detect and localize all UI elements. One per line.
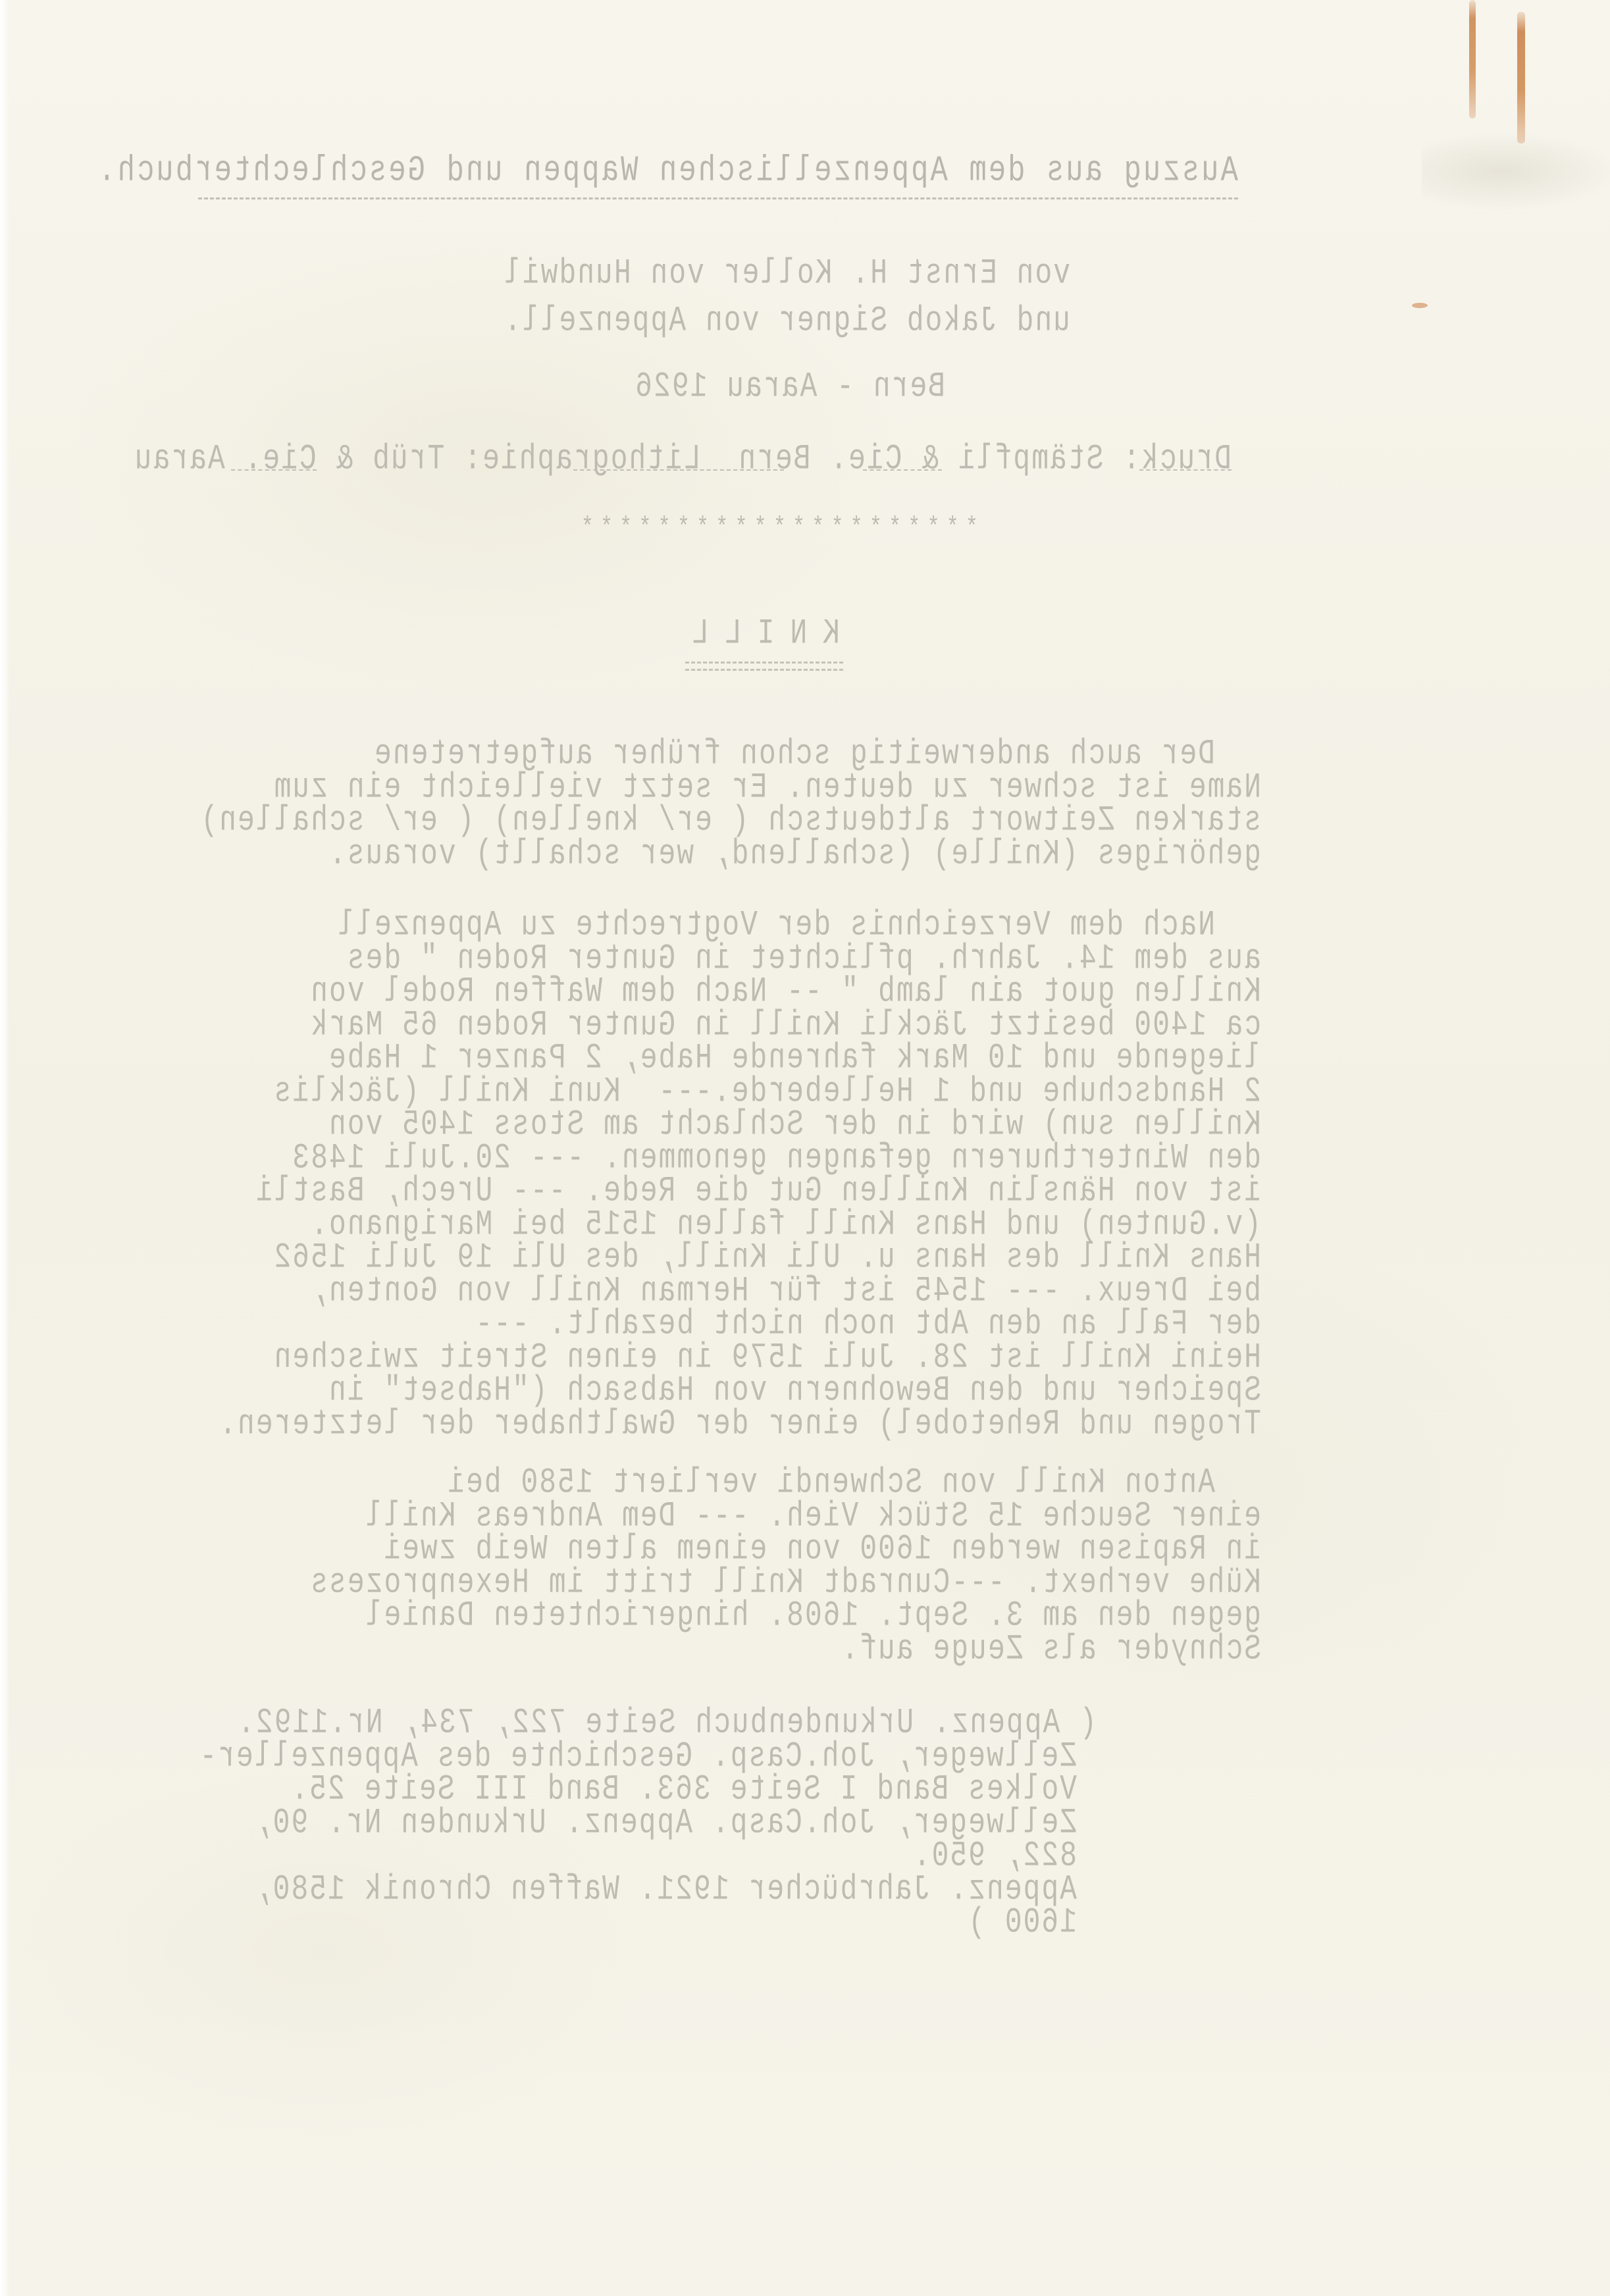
paragraph-1-line: Name ist schwer zu deuten. Er setzt viel… (273, 770, 1261, 805)
paragraph-2-line: Knillen sun) wird in der Schlacht am Sto… (328, 1107, 1261, 1142)
paragraph-2-line: den Winterthurern gefangen genommen. ---… (291, 1140, 1261, 1176)
section-heading: KNILL (676, 615, 840, 651)
paragraph-4-line: 1600 ) (967, 1904, 1077, 1940)
paragraph-3-line: in Rapisen werden 1600 von einem alten W… (382, 1531, 1261, 1567)
paragraph-3-line: gegen den am 3. Sept. 1608. hingerichtet… (365, 1598, 1261, 1633)
underline-aarau (231, 469, 317, 471)
paragraph-1-line: gehöriges (Knille) (schallend, wer schal… (328, 836, 1261, 872)
author-line-1: von Ernst H. Koller von Hundwil (503, 255, 1070, 291)
paragraph-1-line: starken Zeitwort altdeutsch ( er/ knelle… (199, 802, 1261, 838)
paragraph-2-line: Heini Knill ist 28. Juli 1579 in einen S… (273, 1340, 1261, 1375)
paragraph-3-line: Schnyder als Zeuge auf. (841, 1631, 1262, 1667)
paragraph-4-line: Volkes Band I Seite 363. Band III Seite … (290, 1771, 1077, 1807)
paragraph-2-line: ist von Hänslin Knillen Gut die Rede. --… (255, 1173, 1261, 1209)
paragraph-1-line: Der auch anderweitig schon früher aufget… (373, 736, 1215, 771)
printer-line: Druck: Stämpfli & Cie. Bern Lithographie… (134, 441, 1232, 477)
mirrored-document-sheet: Auszug aus dem Appenzellischen Wappen un… (0, 0, 1610, 2296)
document-title: Auszug aus dem Appenzellischen Wappen un… (96, 153, 1238, 189)
paragraph-4-line: Zellweger, Joh.Casp. Appenz. Urkunden Nr… (253, 1805, 1077, 1840)
paragraph-3-line: einer Seuche 15 Stück Vieh. --- Dem Andr… (365, 1498, 1261, 1534)
underline-druck (1139, 469, 1232, 471)
paragraph-4-line: Appenz. Jahrbücher 1921. Waffen Chronik … (253, 1871, 1077, 1907)
paragraph-2-line: Knillen guot ain lamb " -- Nach dem Waff… (309, 974, 1261, 1009)
separator-stars: ********************* (575, 515, 978, 541)
heading-double-underline (685, 662, 843, 671)
author-line-2: und Jakob Signer von Appenzell. (503, 303, 1070, 338)
paragraph-3-line: Anton Knill von Schwendi verliert 1580 b… (446, 1465, 1215, 1500)
paragraph-4-line: Zellweger, Joh.Casp. Geschichte des Appe… (198, 1738, 1077, 1774)
paragraph-2-line: Speicher und den Bewohnern von Habsach (… (328, 1372, 1261, 1408)
paragraph-2-line: Hans Knill des Hans u. Uli Knill, des Ul… (273, 1239, 1261, 1275)
paragraph-2-line: bei Dreux. --- 1545 ist für Herman Knill… (309, 1273, 1261, 1309)
paragraph-2-line: aus dem 14. Jahrh. pflichtet in Gunter R… (346, 941, 1261, 976)
paragraph-2-line: liegende und 10 Mark fahrende Habe, 2 Pa… (328, 1040, 1261, 1076)
title-underline (198, 197, 1238, 199)
place-year: Bern - Aarau 1926 (634, 369, 945, 404)
paragraph-2-line: der Fall an den Abt noch nicht bezahlt. … (474, 1306, 1261, 1342)
paragraph-2-line: Nach dem Verzeichnis der Vogtrechte zu A… (336, 907, 1215, 943)
underline-lithographie (573, 469, 784, 471)
paragraph-2-line: ca 1400 besitzt Jäckli Knill in Gunter R… (309, 1007, 1261, 1043)
paragraph-4-line: 822, 950. (912, 1838, 1077, 1873)
paragraph-2-line: (v.Gunten) und Hans Knill fallen 1515 be… (309, 1207, 1261, 1242)
paragraph-4-line: ( Appenz. Urkundenbuch Seite 722, 734, N… (236, 1705, 1097, 1740)
underline-bern (863, 469, 942, 471)
paragraph-2-line: Trogen und Rehetobel) einer der Gwalthab… (218, 1406, 1261, 1442)
paragraph-3-line: Kühe verhext. ---Cunradt Knill tritt im … (309, 1565, 1261, 1600)
paragraph-2-line: 2 Handschuhe und 1 Helleberde.--- Kuni K… (273, 1074, 1261, 1109)
